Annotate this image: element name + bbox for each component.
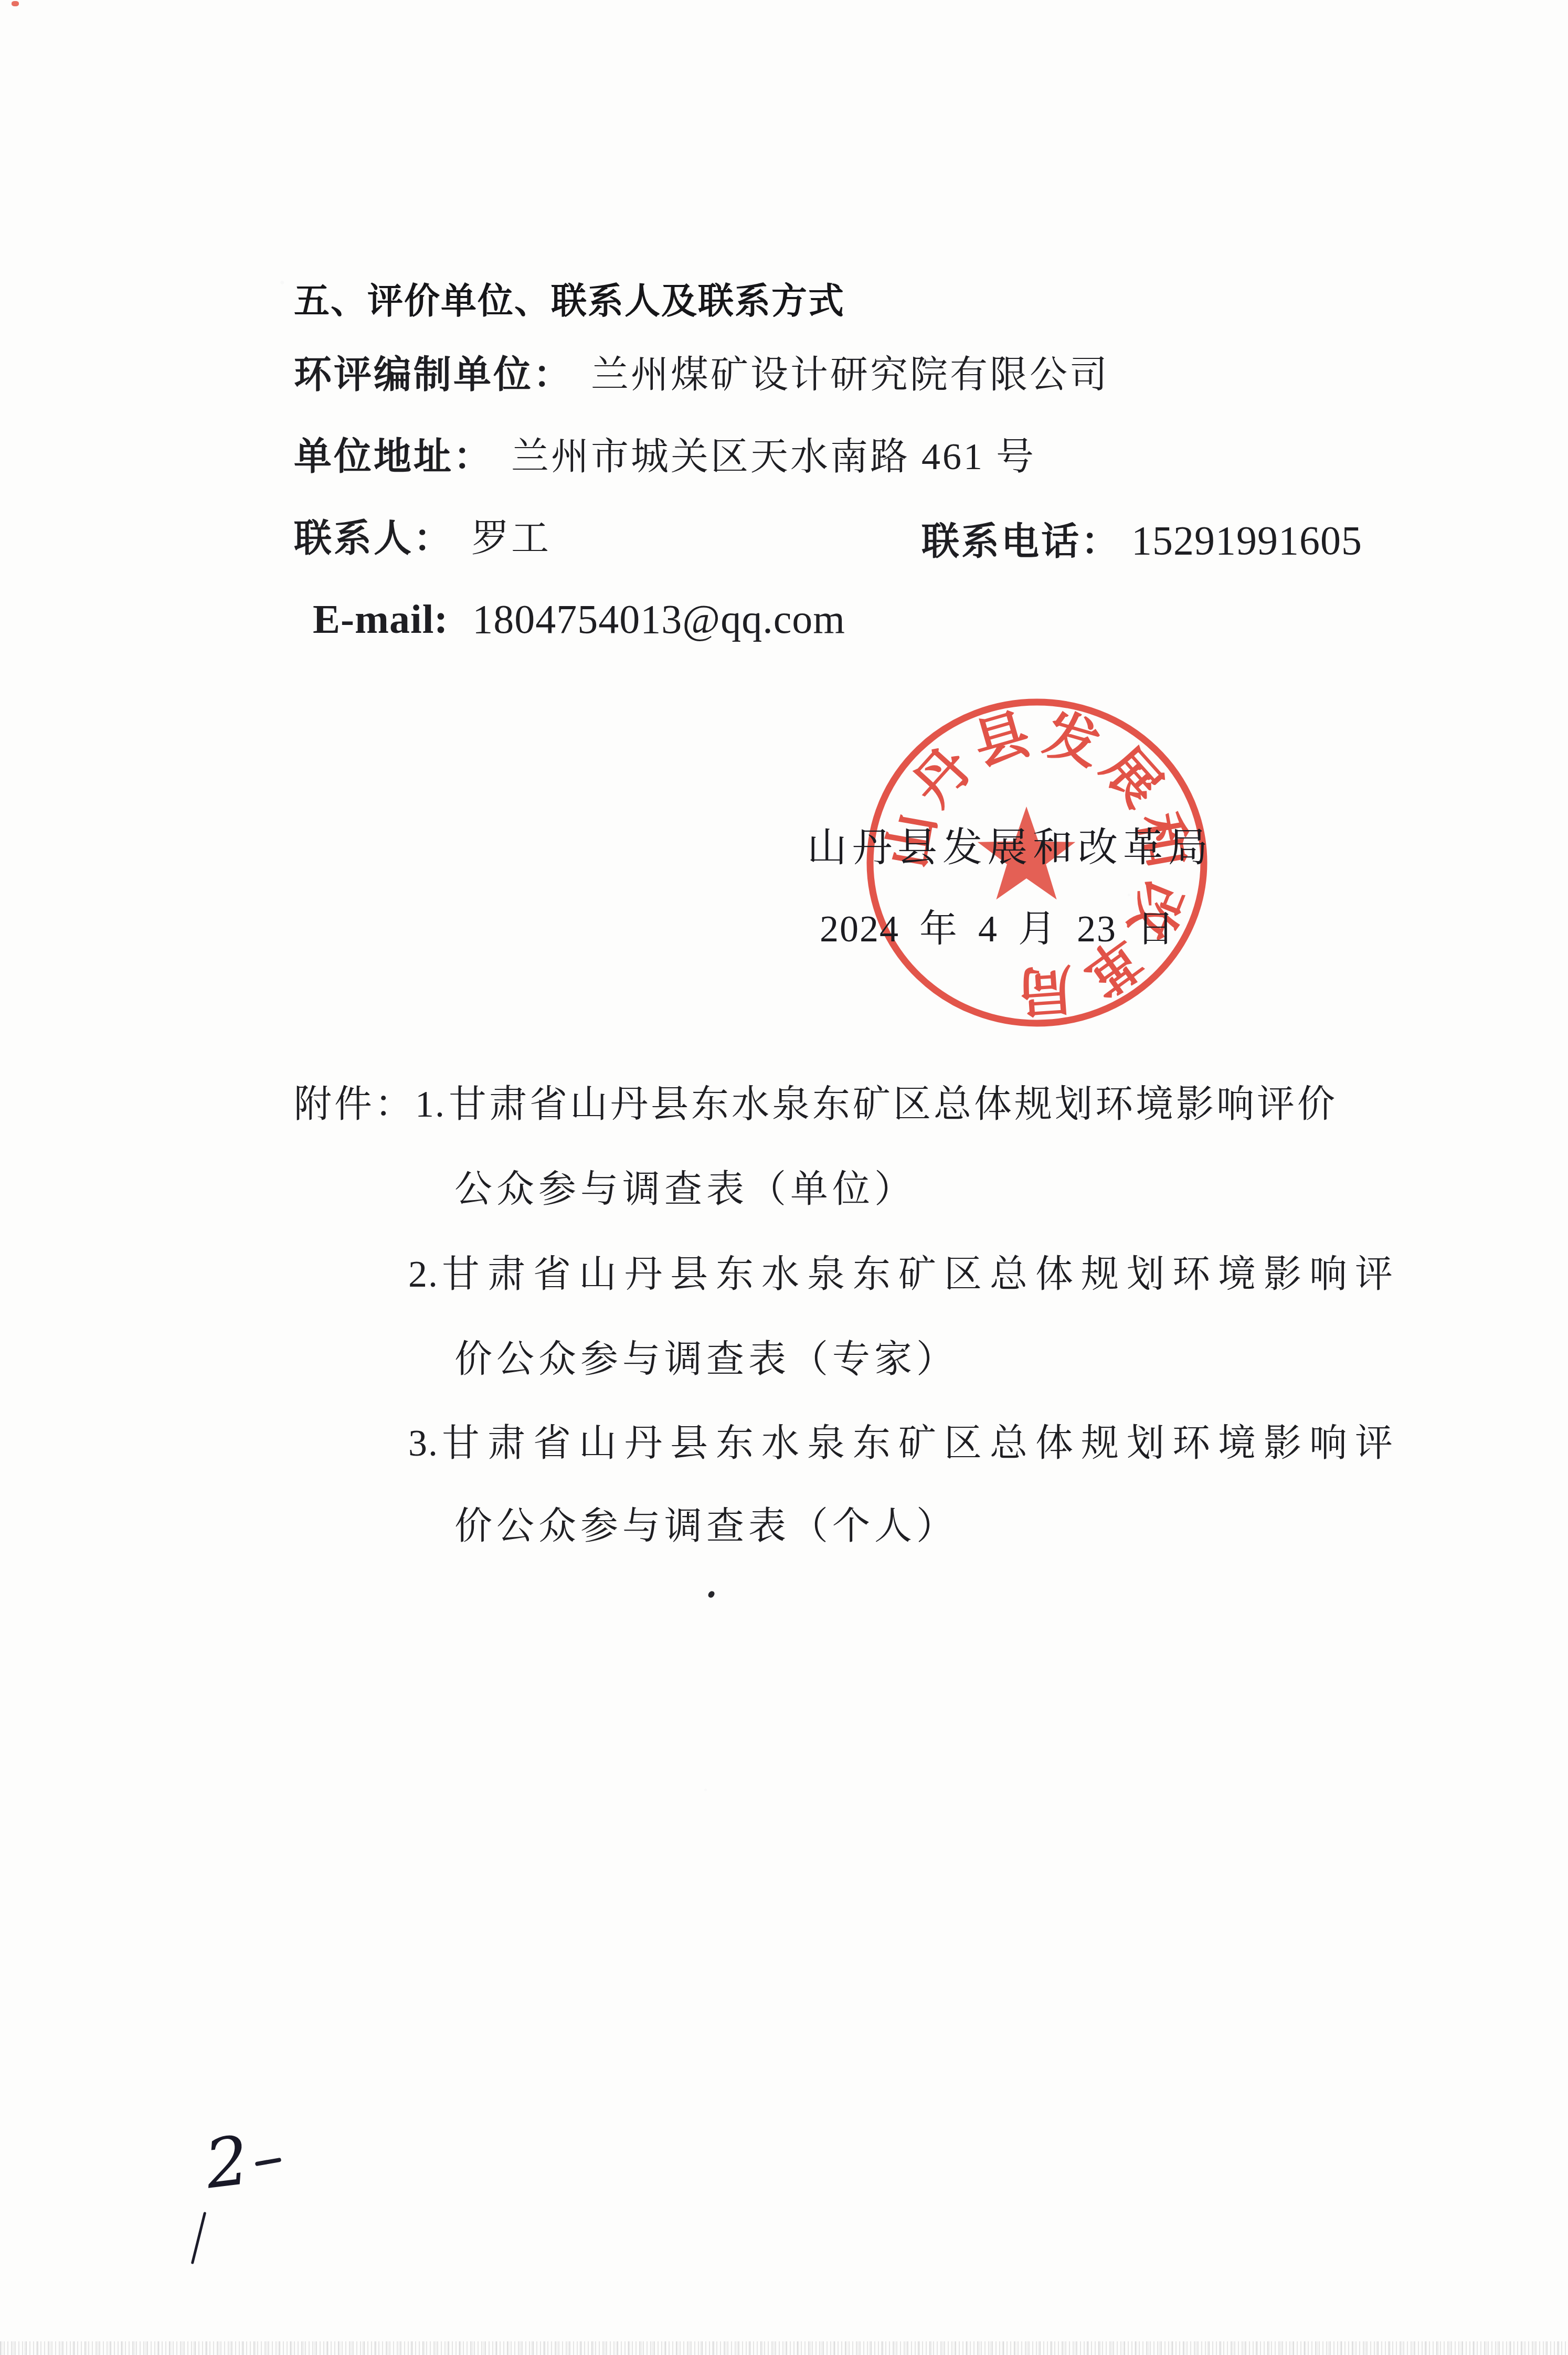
attachment-item-3-line2: 价公众参与调查表（个人） (454, 1504, 958, 1548)
section-heading: 五、评价单位、联系人及联系方式 (294, 280, 845, 322)
red-ink-speck (12, 1, 19, 6)
person-phone-row: 联系人：罗工 联系电话：15291991605 (294, 516, 1448, 561)
person-label: 联系人： (294, 517, 453, 559)
phone-value: 15291991605 (1131, 517, 1362, 563)
prepared-by-row: 环评编制单位：兰州煤矿设计研究院有限公司 (294, 353, 1109, 397)
phone-label: 联系电话： (921, 521, 1121, 563)
address-row: 单位地址：兰州市城关区天水南路 461 号 (294, 434, 1036, 479)
email-label: E-mail: (313, 596, 448, 642)
attachment-item-2-line2: 价公众参与调查表（专家） (454, 1337, 958, 1382)
ink-dot (707, 1590, 715, 1599)
signature-date: 2024 年 4 月 23 日 (820, 907, 1175, 951)
prepared-by-label: 环评编制单位： (294, 354, 573, 396)
handwritten-slash-stroke (191, 2212, 207, 2264)
handwritten-page-number: 2 (202, 2127, 252, 2199)
address-value: 兰州市城关区天水南路 461 号 (511, 436, 1036, 478)
attachment-2-text: 甘肃省山丹县东水泉东矿区总体规划环境影响评 (442, 1253, 1401, 1295)
attachment-1-text: 甘肃省山丹县东水泉东矿区总体规划环境影响评价 (449, 1083, 1338, 1125)
scanned-document-page: { "contact": { "heading": "五、评价单位、联系人及联系… (0, 0, 1568, 2355)
signature-org: 山丹县发展和改革局 (807, 825, 1213, 872)
seal-char: 丹 (902, 737, 983, 818)
phone-group: 联系电话：15291991605 (921, 516, 1362, 565)
scan-edge-noise (0, 2341, 1568, 2355)
attachment-1-number: 1. (415, 1083, 449, 1125)
email-value: 1804754013@qq.com (472, 596, 845, 642)
address-label: 单位地址： (294, 436, 493, 478)
prepared-by-value: 兰州煤矿设计研究院有限公司 (591, 354, 1109, 396)
attachment-3-text: 甘肃省山丹县东水泉东矿区总体规划环境影响评 (442, 1422, 1401, 1464)
attachment-item-1-line2: 公众参与调查表（单位） (454, 1167, 916, 1212)
attachments-label: 附件： (294, 1083, 415, 1125)
seal-char: 局 (1016, 958, 1075, 1022)
attachment-2-number: 2. (408, 1253, 442, 1295)
attachment-item-2-line1: 2.甘肃省山丹县东水泉东矿区总体规划环境影响评 (408, 1252, 1401, 1297)
attachment-3-number: 3. (408, 1422, 442, 1464)
seal-char: 展 (1091, 737, 1173, 818)
handwritten-dash-stroke (255, 2158, 282, 2167)
email-row: E-mail:1804754013@qq.com (313, 595, 845, 643)
attachment-item-1-line1: 附件：1.甘肃省山丹县东水泉东矿区总体规划环境影响评价 (294, 1082, 1338, 1127)
attachment-item-3-line1: 3.甘肃省山丹县东水泉东矿区总体规划环境影响评 (408, 1421, 1401, 1466)
person-value: 罗工 (471, 517, 551, 559)
